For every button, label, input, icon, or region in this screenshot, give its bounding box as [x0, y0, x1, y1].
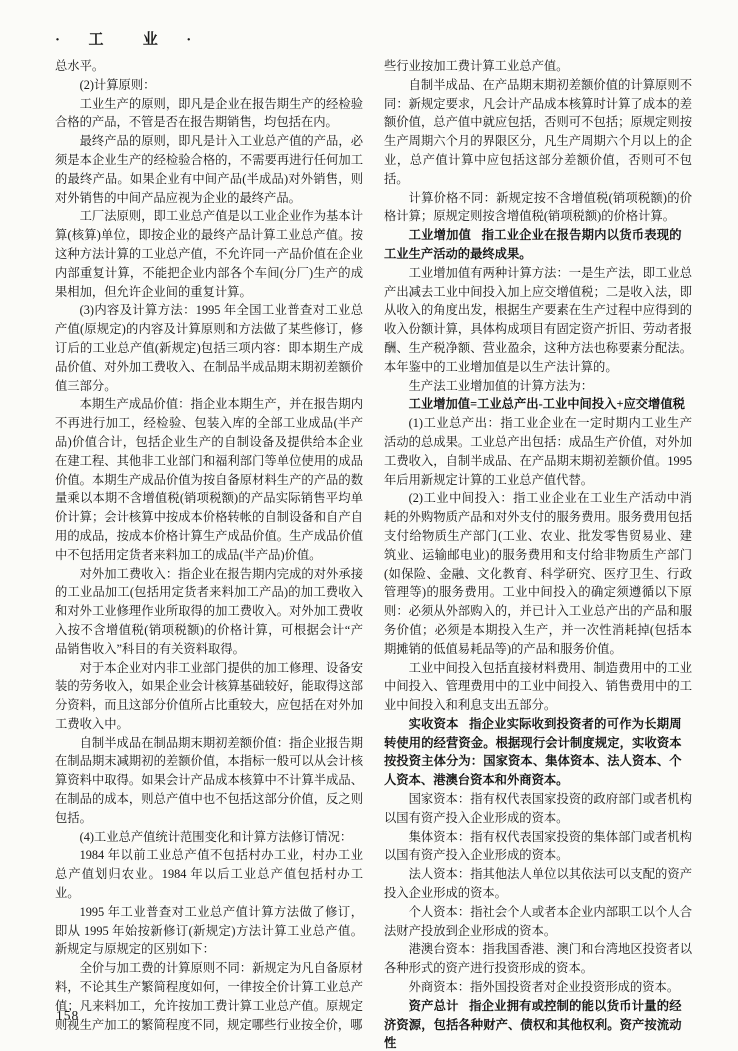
- paragraph: (1)工业总产出：指工业企业在一定时期内工业生产活动的总成果。工业总产出包括：成…: [384, 414, 692, 489]
- paragraph-text: 1995 年工业普查对工业总产值计算方法做了修订，即从 1995 年始按新修订(…: [55, 905, 363, 957]
- paragraph-text: 国家资本：指有权代表国家投资的政府部门或者机构以国有资产投入企业形成的资本。: [384, 792, 692, 825]
- paragraph-text: 工业增加值有两种计算方法：一是生产法，即工业总产出减去工业中间投入加上应交增值税…: [384, 266, 692, 374]
- paragraph-text: 工业中间投入包括直接材料费用、制造费用中的工业中间投入、管理费用中的工业中间投入…: [384, 661, 692, 713]
- paragraph-text: 集体资本：指有权代表国家投资的集体部门或者机构以国有资产投入企业形成的资本。: [384, 830, 692, 863]
- term-label: 资产总计: [409, 999, 470, 1013]
- paragraph-text: 自制半成品在制品期末期初差额价值：指企业报告期在制品期末减期初的差额价值，本指标…: [55, 736, 363, 825]
- paragraph: 计算价格不同：新规定按不含增值税(销项税额)的价格计算；原规定则按含增值税(销项…: [384, 189, 692, 227]
- paragraph-text: 计算价格不同：新规定按不含增值税(销项税额)的价格计算；原规定则按含增值税(销项…: [384, 191, 692, 224]
- paragraph: (2)工业中间投入：指工业企业在工业生产活动中消耗的外购物质产品和对外支付的服务…: [384, 489, 692, 658]
- paragraph: 对于本企业对内非工业部门提供的加工修理、设备安装的劳务收入，如果企业会计核算基础…: [55, 659, 363, 734]
- text-column-right: 些行业按加工费计算工业总产值。自制半成品、在产品期末期初差额价值的计算原则不同：…: [384, 57, 692, 1051]
- paragraph-text: (2)工业中间投入：指工业企业在工业生产活动中消耗的外购物质产品和对外支付的服务…: [384, 491, 692, 655]
- paragraph: (3)内容及计算方法：1995 年全国工业普查对工业总产值(原规定)的内容及计算…: [55, 301, 363, 395]
- paragraph-text: (3)内容及计算方法：1995 年全国工业普查对工业总产值(原规定)的内容及计算…: [55, 303, 363, 392]
- paragraph-text: (2)计算原则：: [80, 78, 156, 92]
- paragraph: 自制半成品、在产品期末期初差额价值的计算原则不同：新规定要求，凡会计产品成本核算…: [384, 76, 692, 189]
- paragraph-text: 对于本企业对内非工业部门提供的加工修理、设备安装的劳务收入，如果企业会计核算基础…: [55, 661, 363, 731]
- page-number: 158: [56, 1008, 79, 1024]
- paragraph: 工业增加值有两种计算方法：一是生产法，即工业总产出减去工业中间投入加上应交增值税…: [384, 264, 692, 377]
- paragraph-text: (4)工业总产值统计范围变化和计算方法修订情况：: [80, 830, 353, 844]
- paragraph-text: 总水平。: [55, 59, 104, 73]
- paragraph-text: 全价与加工费的计算原则不同：新规定为凡自备原材料，不论其生产繁简程度如何，一律按…: [55, 961, 363, 1031]
- paragraph: 工业增加值指工业企业在报告期内以货币表现的工业生产活动的最终成果。: [384, 226, 692, 264]
- paragraph: 总水平。: [55, 57, 363, 76]
- paragraph-text: 法人资本：指其他法人单位以其依法可以支配的资产投入企业形成的资本。: [384, 867, 692, 900]
- paragraph-text: 最终产品的原则，即凡是计入工业总产值的产品，必须是本企业生产的经检验合格的，不需…: [55, 134, 363, 204]
- paragraph: 生产法工业增加值的计算方法为：: [384, 377, 692, 396]
- paragraph: 国家资本：指有权代表国家投资的政府部门或者机构以国有资产投入企业形成的资本。: [384, 790, 692, 828]
- paragraph: 1995 年工业普查对工业总产值计算方法做了修订，即从 1995 年始按新修订(…: [55, 903, 363, 959]
- paragraph-text: 1984 年以前工业总产值不包括村办工业，村办工业总产值划归农业。1984 年以…: [55, 848, 363, 900]
- paragraph-text: 生产法工业增加值的计算方法为：: [409, 379, 593, 393]
- paragraph: 法人资本：指其他法人单位以其依法可以支配的资产投入企业形成的资本。: [384, 865, 692, 903]
- paragraph: 些行业按加工费计算工业总产值。: [384, 57, 692, 76]
- paragraph-text: 工厂法原则，即工业总产值是以工业企业作为基本计算(核算)单位，即按企业的最终产品…: [55, 209, 363, 298]
- paragraph: 实收资本指企业实际收到投资者的可作为长期周转使用的经营资金。根据现行会计制度规定…: [384, 715, 692, 790]
- paragraph: 集体资本：指有权代表国家投资的集体部门或者机构以国有资产投入企业形成的资本。: [384, 828, 692, 866]
- paragraph: 个人资本：指社会个人或者本企业内部职工以个人合法财产投放到企业形成的资本。: [384, 903, 692, 941]
- paragraph: 工业中间投入包括直接材料费用、制造费用中的工业中间投入、管理费用中的工业中间投入…: [384, 659, 692, 715]
- paragraph-text: 个人资本：指社会个人或者本企业内部职工以个人合法财产投放到企业形成的资本。: [384, 905, 692, 938]
- paragraph-text: 本期生产成品价值：指企业本期生产，并在报告期内不再进行加工，经检验、包装入库的全…: [55, 397, 363, 561]
- paragraph: 工业增加值=工业总产出-工业中间投入+应交增值税: [384, 395, 692, 414]
- paragraph-text: 工业增加值=工业总产出-工业中间投入+应交增值税: [409, 397, 685, 411]
- paragraph: 最终产品的原则，即凡是计入工业总产值的产品，必须是本企业生产的经检验合格的，不需…: [55, 132, 363, 207]
- paragraph: (2)计算原则：: [55, 76, 363, 95]
- paragraph-text: 自制半成品、在产品期末期初差额价值的计算原则不同：新规定要求，凡会计产品成本核算…: [384, 78, 692, 186]
- paragraph: 自制半成品在制品期末期初差额价值：指企业报告期在制品期末减期初的差额价值，本指标…: [55, 734, 363, 828]
- paragraph: 外商资本：指外国投资者对企业投资形成的资本。: [384, 978, 692, 997]
- paragraph-text: 港澳台资本：指我国香港、澳门和台湾地区投资者以各种形式的资产进行投资形成的资本。: [384, 942, 692, 975]
- paragraph: 资产总计指企业拥有或控制的能以货币计量的经济资源，包括各种财产、债权和其他权利。…: [384, 997, 692, 1051]
- paragraph: (4)工业总产值统计范围变化和计算方法修订情况：: [55, 828, 363, 847]
- paragraph-text: 外商资本：指外国投资者对企业投资形成的资本。: [409, 980, 680, 994]
- paragraph-text: 些行业按加工费计算工业总产值。: [384, 59, 568, 73]
- page-header-title: · 工 业 ·: [55, 28, 198, 49]
- paragraph: 对外加工费收入：指企业在报告期内完成的对外承接的工业品加工(包括用定货者来料加工…: [55, 565, 363, 659]
- paragraph: 1984 年以前工业总产值不包括村办工业，村办工业总产值划归农业。1984 年以…: [55, 846, 363, 902]
- text-column-left: 总水平。(2)计算原则：工业生产的原则，即凡是企业在报告期生产的经检验合格的产品…: [55, 57, 363, 1034]
- term-label: 工业增加值: [409, 228, 482, 242]
- paragraph-text: 工业生产的原则，即凡是企业在报告期生产的经检验合格的产品，不管是否在报告期销售，…: [55, 97, 363, 130]
- paragraph: 工厂法原则，即工业总产值是以工业企业作为基本计算(核算)单位，即按企业的最终产品…: [55, 207, 363, 301]
- term-label: 实收资本: [409, 717, 470, 731]
- paragraph-text: 对外加工费收入：指企业在报告期内完成的对外承接的工业品加工(包括用定货者来料加工…: [55, 567, 363, 656]
- paragraph: 工业生产的原则，即凡是企业在报告期生产的经检验合格的产品，不管是否在报告期销售，…: [55, 95, 363, 133]
- paragraph: 全价与加工费的计算原则不同：新规定为凡自备原材料，不论其生产繁简程度如何，一律按…: [55, 959, 363, 1034]
- paragraph: 本期生产成品价值：指企业本期生产，并在报告期内不再进行加工，经检验、包装入库的全…: [55, 395, 363, 564]
- paragraph: 港澳台资本：指我国香港、澳门和台湾地区投资者以各种形式的资产进行投资形成的资本。: [384, 940, 692, 978]
- paragraph-text: (1)工业总产出：指工业企业在一定时期内工业生产活动的总成果。工业总产出包括：成…: [384, 416, 692, 486]
